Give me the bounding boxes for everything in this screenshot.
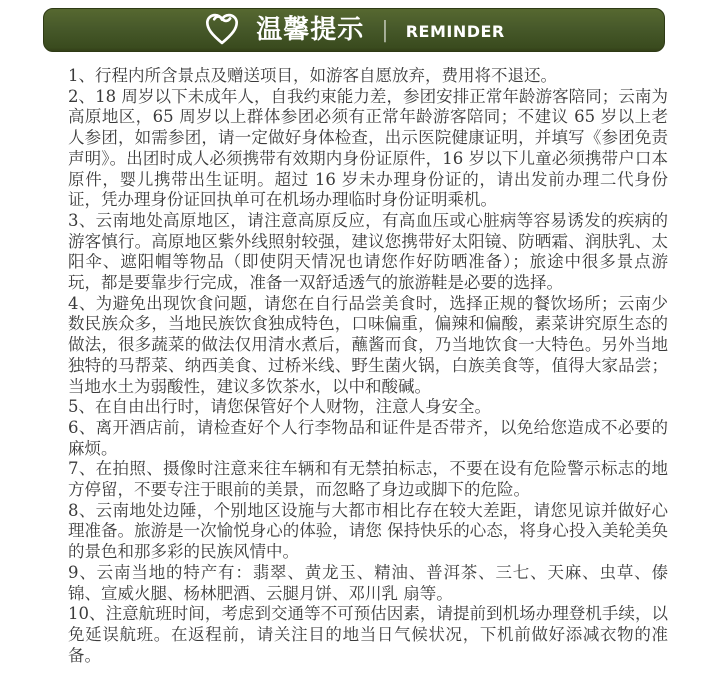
notice-item-8: 8、云南地处边陲，个别地区设施与大都市相比存在较大差距，请您见谅并做好心理准备。…: [68, 501, 668, 563]
reminder-banner: 温馨提示 | REMINDER: [43, 8, 665, 52]
banner-divider: |: [381, 20, 388, 42]
notice-item-4: 4、为避免出现饮食问题，请您在自行品尝美食时，选择正规的餐饮场所；云南少数民族众…: [68, 294, 668, 398]
notice-item-9: 9、云南当地的特产有：翡翠、黄龙玉、精油、普洱茶、三七、天麻、虫草、傣锦、宣威火…: [68, 563, 668, 604]
notice-item-3: 3、云南地处高原地区，请注意高原反应，有高血压或心脏病等容易诱发的疾病的游客慎行…: [68, 211, 668, 294]
notice-item-5: 5、在自由出行时，请您保管好个人财物，注意人身安全。: [68, 397, 668, 418]
notices-list: 1、行程内所含景点及赠送项目，如游客自愿放弃，费用将不退还。 2、18 周岁以下…: [68, 66, 668, 666]
notice-item-6: 6、离开酒店前，请检查好个人行李物品和证件是否带齐，以免给您造成不必要的麻烦。: [68, 418, 668, 459]
notice-item-7: 7、在拍照、摄像时注意来往车辆和有无禁拍标志，不要在设有危险警示标志的地方停留，…: [68, 459, 668, 500]
heart-icon: [203, 11, 241, 49]
notice-item-2: 2、18 周岁以下未成年人，自我约束能力差，参团安排正常年龄游客陪同；云南为高原…: [68, 87, 668, 211]
banner-title-en: REMINDER: [406, 24, 505, 40]
notice-item-1: 1、行程内所含景点及赠送项目，如游客自愿放弃，费用将不退还。: [68, 66, 668, 87]
banner-title-cn: 温馨提示: [256, 17, 364, 43]
notice-item-10: 10、注意航班时间，考虑到交通等不可预估因素，请提前到机场办理登机手续，以免延误…: [68, 604, 668, 666]
